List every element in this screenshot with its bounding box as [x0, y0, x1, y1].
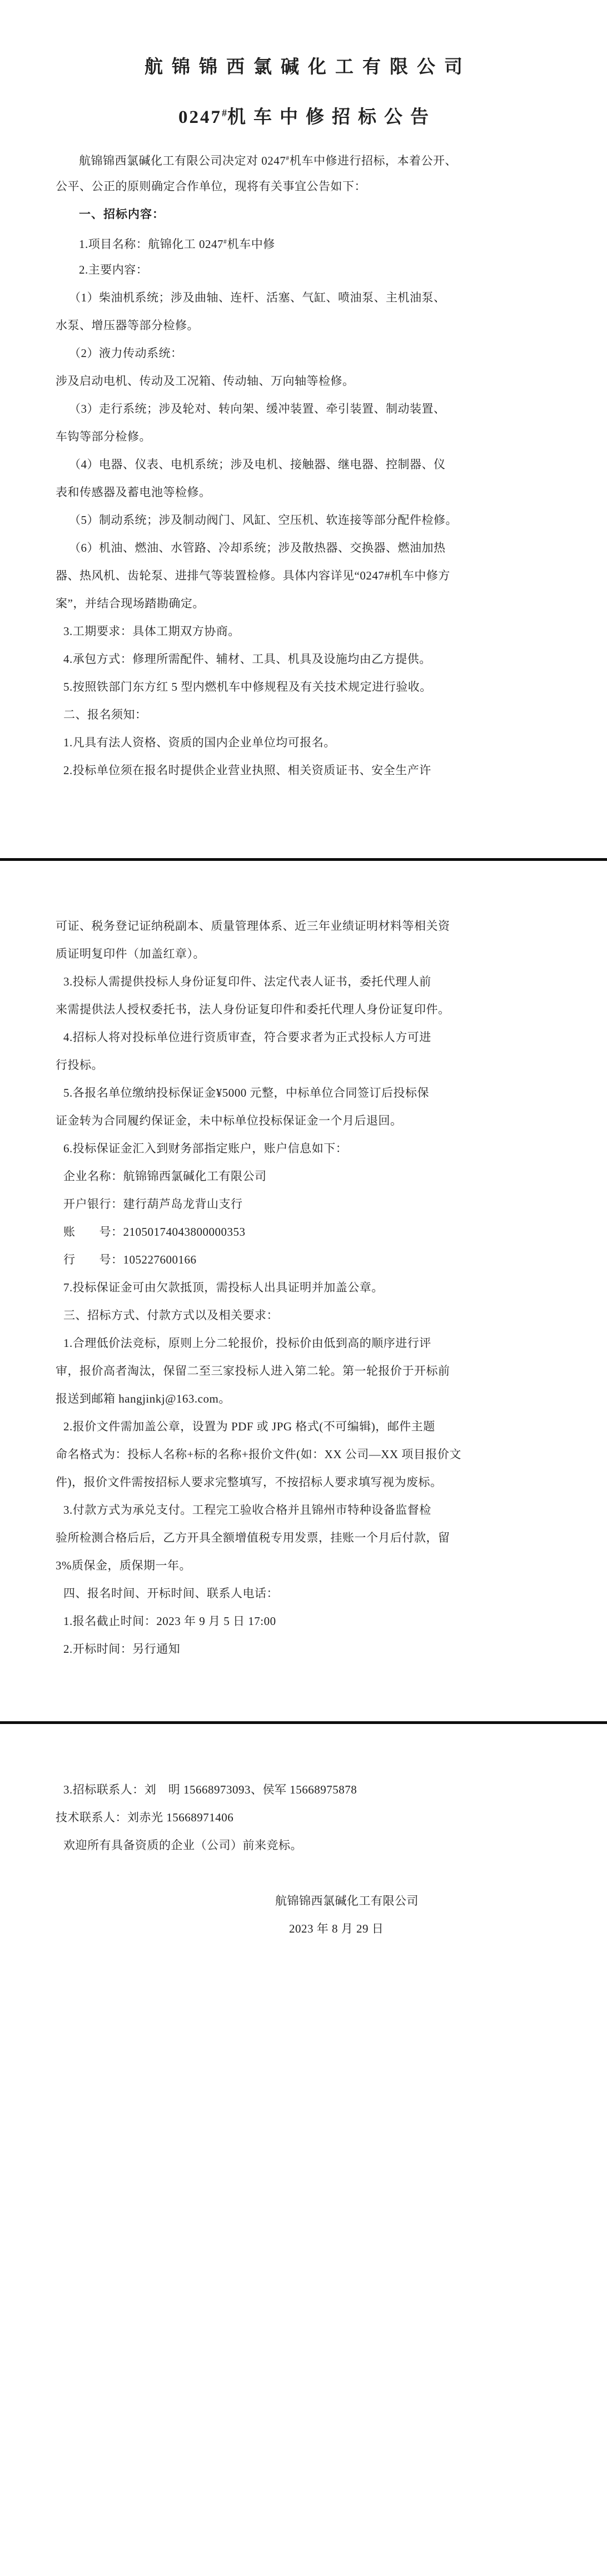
document-line: 质证明复印件（加盖红章）。: [56, 940, 556, 968]
line-segment: 航锦锦西氯碱化工有限公司决定对 0247: [79, 154, 286, 167]
page-1: 航锦锦西氯碱化工有限公司 0247#机车中修招标公告 航锦锦西氯碱化工有限公司决…: [0, 0, 607, 858]
document-line: 车钩等部分检修。: [56, 423, 556, 450]
document-line: 四、报名时间、开标时间、联系人电话：: [56, 1579, 556, 1607]
document-line: 4.招标人将对投标单位进行资质审查，符合要求者为正式投标人方可进: [56, 1023, 556, 1051]
document-line: 审，报价高者淘汰，保留二至三家投标人进入第二轮。第一轮报价于开标前: [56, 1357, 556, 1385]
document-line: 器、热风机、齿轮泵、进排气等装置检修。具体内容详见“0247#机车中修方: [56, 562, 556, 589]
document-line: 验所检测合格后后，乙方开具全额增值税专用发票，挂账一个月后付款，留: [56, 1524, 556, 1552]
document-title: 航锦锦西氯碱化工有限公司: [0, 53, 607, 81]
document-line: 行 号：105227600166: [56, 1246, 556, 1274]
document-line: 来需提供法人授权委托书，法人身份证复印件和委托代理人身份证复印件。: [56, 995, 556, 1023]
page-1-body: 航锦锦西氯碱化工有限公司决定对 0247#机车中修进行招标，本着公开、公平、公正…: [0, 145, 607, 784]
signature-company: 航锦锦西氯碱化工有限公司: [56, 1887, 556, 1915]
document-line: 6.投标保证金汇入到财务部指定账户，账户信息如下：: [56, 1135, 556, 1162]
document-line: 技术联系人：刘赤光 15668971406: [56, 1804, 556, 1831]
signature-date: 2023 年 8 月 29 日: [56, 1915, 556, 1943]
document-line: 开户银行：建行葫芦岛龙背山支行: [56, 1190, 556, 1218]
document-line: 水泵、增压器等部分检修。: [56, 311, 556, 339]
document-line: 2.投标单位须在报名时提供企业营业执照、相关资质证书、安全生产许: [56, 756, 556, 784]
superscript-hash: #: [222, 107, 227, 118]
document-line: 1.合理低价法竞标，原则上分二轮报价，投标价由低到高的顺序进行评: [56, 1329, 556, 1357]
line-segment: 1.项目名称：航锦化工 0247: [79, 237, 223, 251]
document-line: 一、招标内容：: [56, 200, 556, 228]
page-3: 3.招标联系人：刘 明 15668973093、侯军 15668975878技术…: [0, 1726, 607, 2576]
document-line: 2.主要内容：: [56, 256, 556, 284]
document-line: （6）机油、燃油、水管路、冷却系统；涉及散热器、交换器、燃油加热: [56, 534, 556, 562]
document-line: 件)，报价文件需按招标人要求完整填写，不按招标人要求填写视为废标。: [56, 1468, 556, 1496]
subtitle-text: 机车中修招标公告: [227, 107, 436, 127]
document-line: 公平、公正的原则确定合作单位，现将有关事宜公告如下：: [56, 172, 556, 200]
document-line: 3.工期要求：具体工期双方协商。: [56, 617, 556, 645]
document-line: 1.项目名称：航锦化工 0247#机车中修: [56, 228, 556, 256]
line-segment: 机车中修: [227, 237, 275, 251]
document-line: 可证、税务登记证纳税副本、质量管理体系、近三年业绩证明材料等相关资: [56, 912, 556, 940]
document-line: 3%质保金，质保期一年。: [56, 1552, 556, 1579]
document-line: 表和传感器及蓄电池等检修。: [56, 478, 556, 506]
document-line: 报送到邮箱 hangjinkj@163.com。: [56, 1385, 556, 1413]
document-line: 账 号：21050174043800000353: [56, 1218, 556, 1246]
document-subtitle: 0247#机车中修招标公告: [0, 99, 607, 131]
page-2-body: 可证、税务登记证纳税副本、质量管理体系、近三年业绩证明材料等相关资质证明复印件（…: [0, 862, 607, 1663]
document-line: 欢迎所有具备资质的企业（公司）前来竞标。: [56, 1831, 556, 1859]
document-line: 7.投标保证金可由欠款抵顶，需投标人出具证明并加盖公章。: [56, 1274, 556, 1301]
document-line: 行投标。: [56, 1051, 556, 1079]
document-line: 2.开标时间：另行通知: [56, 1635, 556, 1663]
document-line: （4）电器、仪表、电机系统；涉及电机、接触器、继电器、控制器、仪: [56, 450, 556, 478]
page-separator: [0, 1721, 607, 1724]
document-line: 涉及启动电机、传动及工况箱、传动轴、万向轴等检修。: [56, 367, 556, 395]
document-line: （5）制动系统；涉及制动阀门、风缸、空压机、软连接等部分配件检修。: [56, 506, 556, 534]
document-line: 3.投标人需提供投标人身份证复印件、法定代表人证书，委托代理人前: [56, 968, 556, 995]
page-separator: [0, 858, 607, 861]
document-line: 3.付款方式为承兑支付。工程完工验收合格并且锦州市特种设备监督检: [56, 1496, 556, 1524]
document-line: 2.报价文件需加盖公章，设置为 PDF 或 JPG 格式(不可编辑)，邮件主题: [56, 1413, 556, 1440]
superscript-hash: #: [223, 239, 227, 245]
document-line: 1.凡具有法人资格、资质的国内企业单位均可报名。: [56, 729, 556, 756]
document-line: 5.按照铁部门东方红 5 型内燃机车中修规程及有关技术规定进行验收。: [56, 673, 556, 701]
document-line: （2）液力传动系统：: [56, 339, 556, 367]
document-line: （1）柴油机系统；涉及曲轴、连杆、活塞、气缸、喷油泵、主机油泵、: [56, 284, 556, 311]
page-2: 可证、税务登记证纳税副本、质量管理体系、近三年业绩证明材料等相关资质证明复印件（…: [0, 862, 607, 1722]
document-line: [56, 1859, 556, 1887]
document-line: 4.承包方式：修理所需配件、辅材、工具、机具及设施均由乙方提供。: [56, 645, 556, 673]
document-line: 案”，并结合现场踏勘确定。: [56, 589, 556, 617]
document-line: 命名格式为：投标人名称+标的名称+报价文件(如：XX 公司—XX 项目报价文: [56, 1440, 556, 1468]
page-3-body: 3.招标联系人：刘 明 15668973093、侯军 15668975878技术…: [0, 1726, 607, 1943]
document-line: 三、招标方式、付款方式以及相关要求：: [56, 1301, 556, 1329]
line-segment: 机车中修进行招标，本着公开、: [290, 154, 457, 167]
document-viewer: 航锦锦西氯碱化工有限公司 0247#机车中修招标公告 航锦锦西氯碱化工有限公司决…: [0, 0, 607, 2576]
document-line: 航锦锦西氯碱化工有限公司决定对 0247#机车中修进行招标，本着公开、: [56, 145, 556, 172]
subtitle-number: 0247: [178, 107, 222, 127]
document-line: 企业名称：航锦锦西氯碱化工有限公司: [56, 1162, 556, 1190]
document-line: 5.各报名单位缴纳投标保证金¥5000 元整，中标单位合同签订后投标保: [56, 1079, 556, 1107]
document-line: 1.报名截止时间：2023 年 9 月 5 日 17:00: [56, 1607, 556, 1635]
document-line: 证金转为合同履约保证金，未中标单位投标保证金一个月后退回。: [56, 1107, 556, 1135]
document-line: 3.招标联系人：刘 明 15668973093、侯军 15668975878: [56, 1776, 556, 1804]
superscript-hash: #: [286, 155, 290, 162]
document-line: 二、报名须知：: [56, 701, 556, 729]
document-line: （3）走行系统；涉及轮对、转向架、缓冲装置、牵引装置、制动装置、: [56, 395, 556, 423]
